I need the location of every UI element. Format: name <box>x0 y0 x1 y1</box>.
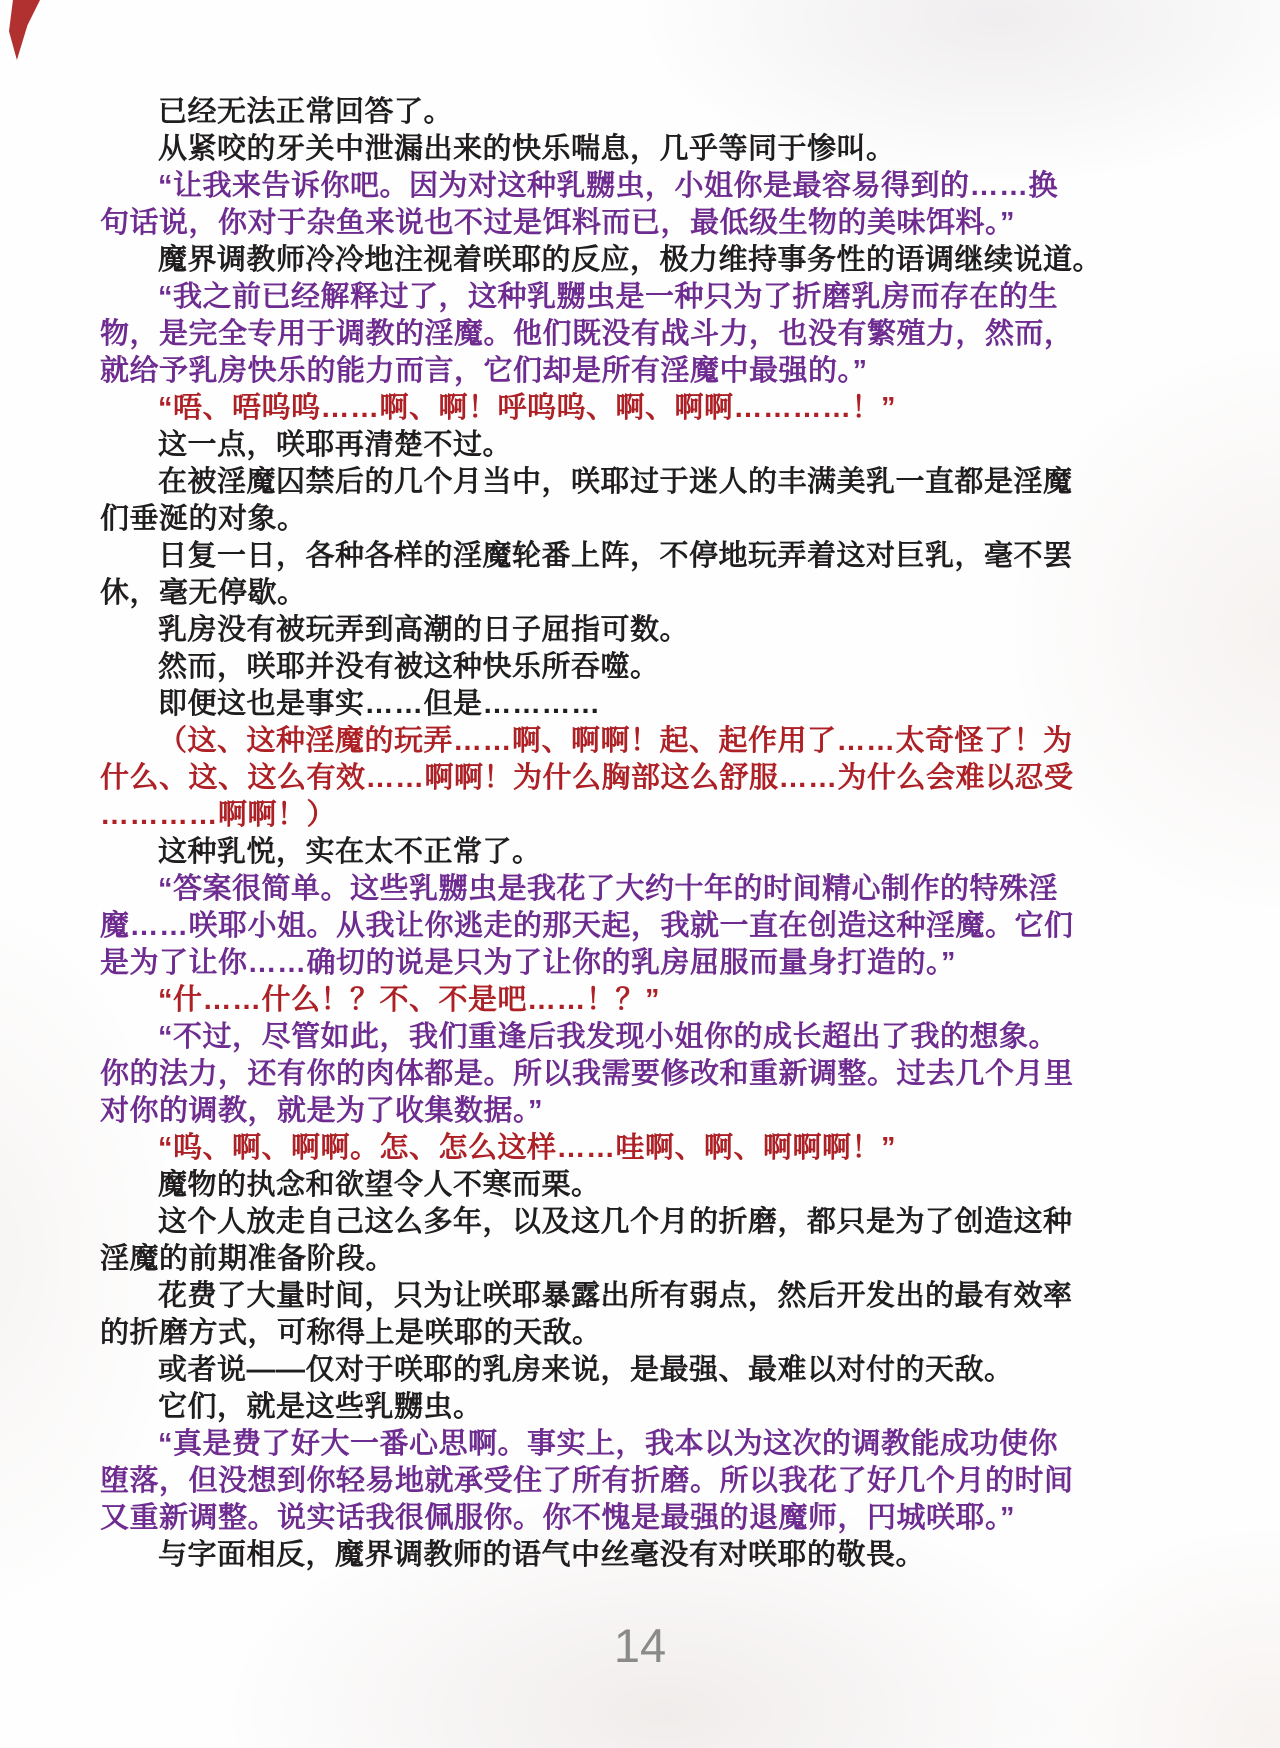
text-line: 什么、这、这么有效……啊啊！为什么胸部这么舒服……为什么会难以忍受 <box>100 760 1188 797</box>
text-line: …………啊啊！） <box>100 797 1188 834</box>
text-line: “什……什么！？不、不是吧……！？” <box>100 982 1188 1019</box>
text-line: 是为了让你……确切的说是只为了让你的乳房屈服而量身打造的。” <box>100 945 1188 982</box>
text-line: “我之前已经解释过了，这种乳嬲虫是一种只为了折磨乳房而存在的生 <box>100 279 1188 316</box>
text-line: 魔……咲耶小姐。从我让你逃走的那天起，我就一直在创造这种淫魔。它们 <box>100 908 1188 945</box>
text-line: 堕落，但没想到你轻易地就承受住了所有折磨。所以我花了好几个月的时间 <box>100 1463 1188 1500</box>
text-line: 即便这也是事实……但是………… <box>100 686 1188 723</box>
novel-text-block: 已经无法正常回答了。从紧咬的牙关中泄漏出来的快乐喘息，几乎等同于惨叫。“让我来告… <box>100 94 1188 1574</box>
page-number: 14 <box>0 1618 1280 1673</box>
text-line: 这一点，咲耶再清楚不过。 <box>100 427 1188 464</box>
text-line: 从紧咬的牙关中泄漏出来的快乐喘息，几乎等同于惨叫。 <box>100 131 1188 168</box>
text-line: 日复一日，各种各样的淫魔轮番上阵，不停地玩弄着这对巨乳，毫不罢 <box>100 538 1188 575</box>
text-line: “不过，尽管如此，我们重逢后我发现小姐你的成长超出了我的想象。 <box>100 1019 1188 1056</box>
text-line: 这个人放走自己这么多年，以及这几个月的折磨，都只是为了创造这种 <box>100 1204 1188 1241</box>
text-line: 然而，咲耶并没有被这种快乐所吞噬。 <box>100 649 1188 686</box>
text-line: 这种乳悦，实在太不正常了。 <box>100 834 1188 871</box>
text-line: 句话说，你对于杂鱼来说也不过是饵料而已，最低级生物的美味饵料。” <box>100 205 1188 242</box>
text-line: 的折磨方式，可称得上是咲耶的天敌。 <box>100 1315 1188 1352</box>
text-line: 物，是完全专用于调教的淫魔。他们既没有战斗力，也没有繁殖力，然而， <box>100 316 1188 353</box>
text-line: 在被淫魔囚禁后的几个月当中，咲耶过于迷人的丰满美乳一直都是淫魔 <box>100 464 1188 501</box>
text-line: 与字面相反，魔界调教师的语气中丝毫没有对咲耶的敬畏。 <box>100 1537 1188 1574</box>
text-line: 或者说——仅对于咲耶的乳房来说，是最强、最难以对付的天敌。 <box>100 1352 1188 1389</box>
text-line: 又重新调整。说实话我很佩服你。你不愧是最强的退魔师，円城咲耶。” <box>100 1500 1188 1537</box>
text-line: 休，毫无停歇。 <box>100 575 1188 612</box>
text-line: 们垂涎的对象。 <box>100 501 1188 538</box>
text-line: 它们，就是这些乳嬲虫。 <box>100 1389 1188 1426</box>
text-line: 乳房没有被玩弄到高潮的日子屈指可数。 <box>100 612 1188 649</box>
text-line: （这、这种淫魔的玩弄……啊、啊啊！起、起作用了……太奇怪了！为 <box>100 723 1188 760</box>
text-line: 你的法力，还有你的肉体都是。所以我需要修改和重新调整。过去几个月里 <box>100 1056 1188 1093</box>
text-line: 魔界调教师冷冷地注视着咲耶的反应，极力维持事务性的语调继续说道。 <box>100 242 1188 279</box>
text-line: 就给予乳房快乐的能力而言，它们却是所有淫魔中最强的。” <box>100 353 1188 390</box>
text-line: “答案很简单。这些乳嬲虫是我花了大约十年的时间精心制作的特殊淫 <box>100 871 1188 908</box>
text-line: 已经无法正常回答了。 <box>100 94 1188 131</box>
text-line: 花费了大量时间，只为让咲耶暴露出所有弱点，然后开发出的最有效率 <box>100 1278 1188 1315</box>
text-line: “唔、唔呜呜……啊、啊！呼呜呜、啊、啊啊…………！” <box>100 390 1188 427</box>
text-line: 淫魔的前期准备阶段。 <box>100 1241 1188 1278</box>
text-line: “真是费了好大一番心思啊。事实上，我本以为这次的调教能成功使你 <box>100 1426 1188 1463</box>
text-line: “呜、啊、啊啊。怎、怎么这样……哇啊、啊、啊啊啊！” <box>100 1130 1188 1167</box>
text-line: 魔物的执念和欲望令人不寒而栗。 <box>100 1167 1188 1204</box>
text-line: “让我来告诉你吧。因为对这种乳嬲虫，小姐你是最容易得到的……换 <box>100 168 1188 205</box>
corner-accent-shape <box>7 0 40 60</box>
text-line: 对你的调教，就是为了收集数据。” <box>100 1093 1188 1130</box>
